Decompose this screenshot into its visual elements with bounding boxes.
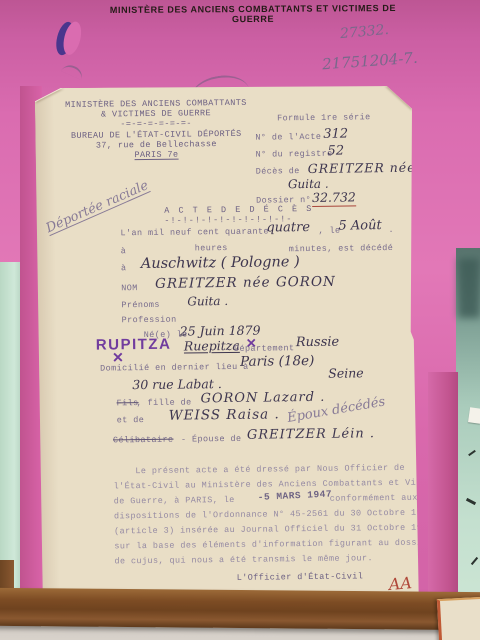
folder-ministry-print: MINISTÈRE DES ANCIENS COMBATTANTS ET VIC… [88,3,418,25]
domicile-city-handwritten: Paris (18e) [240,353,314,370]
white-label-chip [468,407,480,424]
deceased-name-header: GREITZER née GORON [308,159,477,176]
folded-corner [386,85,413,110]
nom-label: NOM [121,283,138,293]
dossier-number-value: 32.732 [312,189,356,207]
et-de-label: et de [117,415,145,425]
officer-signature-line: L'Officier d'État-Civil [237,571,364,583]
fils-struck-label: Fils [117,398,139,408]
death-place-handwritten: Auschwitz ( Pologne ) [141,254,300,272]
registre-number-value: 52 [327,144,344,159]
acte-number-label: N° de l'Acte [255,132,321,143]
wood-table-edge [0,588,480,630]
domicile-label: Domicilié en dernier lieu à [100,362,249,374]
birthplace-handwritten: Ruepitza [184,338,240,354]
other-folder-corner [437,597,480,640]
place-a: à [121,263,127,273]
father-name-handwritten: GORON Lazard . [200,390,325,407]
hours-a: à [121,246,127,256]
year-typed: L'an mil neuf cent quarante [120,226,269,238]
departement-handwritten: Russie [296,335,340,351]
firstname-handwritten: Guita . [187,294,228,308]
domicile-dept-handwritten: Seine [328,365,364,380]
minutes-label: minutes, est décédé [289,243,394,254]
closing-line: conformément aux [330,493,418,504]
epouse-de-label: - Épouse de [181,434,242,445]
pencil-reference-number: 21751204-7. [321,49,418,74]
registre-number-label: N° du registre [255,149,332,160]
husband-name-handwritten: GREITZER Léin . [247,426,375,443]
period: . [388,225,394,235]
deces-de-label: Décès de [256,166,300,177]
prenoms-label: Prénoms [121,300,160,310]
pencil-reference-number: 27332. [339,22,389,42]
formule-label: Formule 1re série [277,112,371,123]
archive-photo-scene: MINISTÈRE DES ANCIENS COMBATTANTS ET VIC… [0,0,480,640]
background-object [458,258,480,318]
pencil-stroke [61,62,85,80]
year-handwritten: quatre [266,220,310,236]
acte-number-value: 312 [323,127,348,142]
celibataire-struck-label: Célibataire [113,435,174,446]
profession-label: Profession [121,315,176,326]
street-address-handwritten: 30 rue Labat . [132,376,222,392]
death-certificate-sheet: MINISTÈRE DES ANCIENS COMBATTANTS & VICT… [35,84,422,629]
hours-label: heures [195,243,228,253]
mother-name-handwritten: WEISS Raisa . [169,406,280,423]
surname-handwritten: GREITZER née GORON [155,274,336,292]
birthplace-correction-marker: RUPITZA [96,336,172,354]
ink-crescent-mark [53,20,81,58]
date-typed: , le [318,226,340,236]
fille-de-label: , fille de [137,397,192,408]
death-date-handwritten: 5 Août [338,218,381,234]
